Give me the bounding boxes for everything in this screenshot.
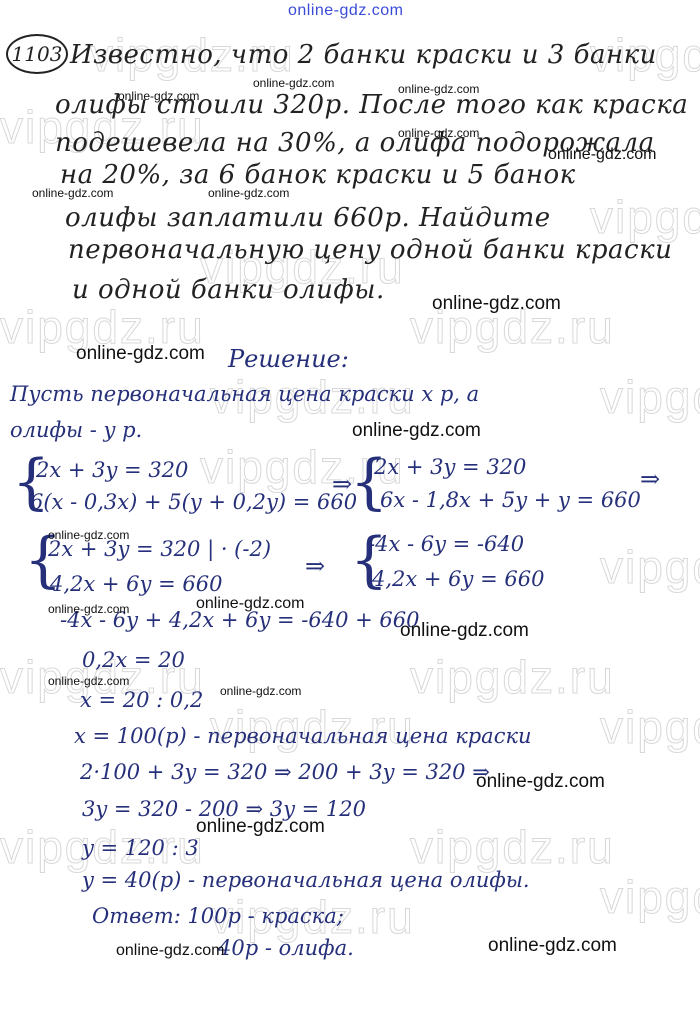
watermark: online-gdz.com	[48, 528, 129, 542]
system4-eq: -4x - 6y = -640	[368, 532, 524, 556]
problem-line: Известно, что 2 банки краски и 3 банки	[70, 40, 657, 70]
solution-step: y = 40(р) - первоначальная цена олифы.	[82, 868, 530, 892]
watermark: online-gdz.com	[548, 146, 657, 164]
bg-watermark: vipgdz.ru	[600, 540, 700, 594]
bg-watermark: vipgdz.ru	[410, 820, 615, 874]
problem-number: 1103	[6, 34, 68, 74]
watermark: online-gdz.com	[48, 602, 129, 616]
solution-intro: олифы - y р.	[10, 418, 142, 442]
watermark: online-gdz.com	[253, 76, 334, 90]
bg-watermark: vipgdz.ru	[410, 650, 615, 704]
watermark: online-gdz.com	[352, 420, 481, 442]
implies-arrow: ⇒	[640, 465, 660, 493]
watermark: online-gdz.com	[116, 942, 225, 960]
watermark: online-gdz.com	[432, 293, 561, 315]
solution-step: 0,2x = 20	[82, 648, 185, 672]
answer-line: 40р - олифа.	[218, 936, 354, 960]
watermark: online-gdz.com	[220, 684, 301, 698]
system4-eq: 4,2x + 6y = 660	[372, 567, 544, 591]
watermark: online-gdz.com	[196, 816, 325, 838]
solution-heading: Решение:	[228, 345, 349, 373]
bg-watermark: vipgdz.ru	[600, 870, 700, 924]
watermark: online-gdz.com	[398, 126, 479, 140]
problem-line: олифы заплатили 660р. Найдите	[65, 203, 551, 233]
solution-intro: Пусть первоначальная цена краски x р, а	[10, 382, 479, 406]
answer-line: Ответ: 100р - краска;	[92, 904, 344, 928]
watermark: online-gdz.com	[48, 674, 129, 688]
system1-eq: 2x + 3y = 320	[36, 458, 188, 482]
watermark: online-gdz.com	[488, 935, 617, 957]
solution-step: x = 20 : 0,2	[80, 688, 203, 712]
watermark: online-gdz.com	[400, 620, 529, 642]
watermark: online-gdz.com	[196, 595, 305, 613]
system2-eq: 6x - 1,8x + 5y + y = 660	[380, 488, 641, 512]
watermark: online-gdz.com	[32, 186, 113, 200]
system3-eq: 4,2x + 6y = 660	[50, 572, 222, 596]
problem-line: первоначальную цену одной банки краски	[68, 235, 672, 265]
bg-watermark: vipgdz.ru	[600, 370, 700, 424]
watermark: online-gdz.com	[76, 343, 205, 365]
system1-eq: 6(x - 0,3x) + 5(y + 0,2y) = 660	[30, 490, 357, 514]
bg-watermark: vipgdz.ru	[600, 700, 700, 754]
solution-step: x = 100(р) - первоначальная цена краски	[74, 724, 532, 748]
watermark: online-gdz.com	[118, 89, 199, 103]
watermark: online-gdz.com	[398, 82, 479, 96]
watermark: online-gdz.com	[476, 771, 605, 793]
solution-step: 2·100 + 3y = 320 ⇒ 200 + 3y = 320 ⇒	[80, 760, 490, 784]
implies-arrow: ⇒	[305, 552, 325, 580]
watermark: online-gdz.com	[208, 186, 289, 200]
top-watermark: online-gdz.com	[288, 2, 404, 20]
problem-line: и одной банки олифы.	[72, 275, 385, 305]
problem-line: на 20%, за 6 банок краски и 5 банок	[60, 160, 576, 190]
solution-step: y = 120 : 3	[82, 836, 199, 860]
system2-eq: 2x + 3y = 320	[374, 455, 526, 479]
